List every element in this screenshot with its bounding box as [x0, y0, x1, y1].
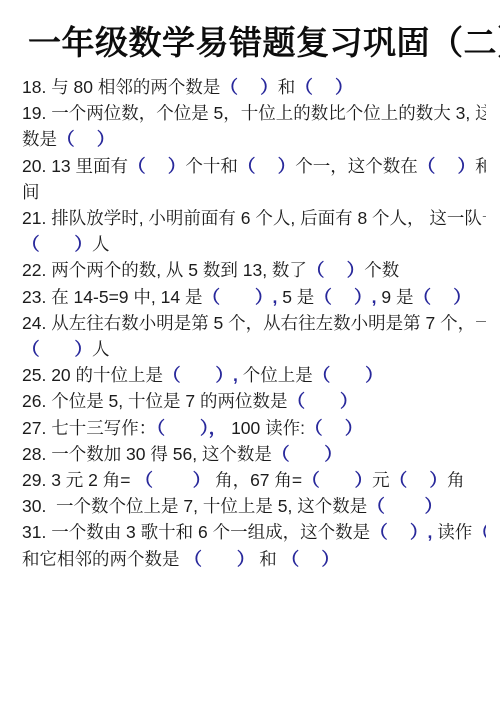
question-text: 25. 20 的十位上是 — [22, 365, 163, 385]
question-text: 29. 3 元 2 角= — [22, 470, 135, 490]
answer-blank: （ ） — [314, 287, 371, 307]
answer-blank: （ ） — [370, 522, 427, 542]
answer-blank: （ ） — [295, 77, 352, 97]
question-text: 个一，这个数在 — [295, 156, 418, 176]
question-31-line-1: 31. 一个数由 3 歌十和 6 个一组成，这个数是（ ）, 读作（ ） — [22, 519, 486, 545]
answer-blank: （ ） — [282, 549, 339, 569]
answer-blank: （ ） — [472, 522, 486, 542]
answer-blank: （ ） — [202, 287, 272, 307]
question-text: 角 — [447, 470, 465, 490]
answer-blank: , — [427, 522, 437, 542]
answer-blank: （ ） — [128, 156, 185, 176]
answer-blank: （ ） — [57, 129, 114, 149]
answer-blank: , — [233, 365, 243, 385]
question-18-line-1: 18. 与 80 相邻的两个数是（ ）和（ ） — [22, 74, 486, 100]
question-text: 读作 — [437, 522, 472, 542]
answer-blank: （ ） — [367, 496, 442, 516]
answer-blank: （ ） — [287, 391, 357, 411]
question-text: 和 — [278, 77, 296, 97]
answer-blank: （ ） — [313, 365, 383, 385]
question-text: 5 是 — [282, 287, 314, 307]
question-text: 23. 在 14-5=9 中, 14 是 — [22, 287, 202, 307]
question-text: 人 — [92, 234, 110, 254]
question-26-line-1: 26. 个位是 5, 十位是 7 的两位数是（ ） — [22, 388, 486, 414]
question-list: 18. 与 80 相邻的两个数是（ ）和（ ）19. 一个两位数，个位是 5，十… — [0, 72, 500, 572]
question-text: 26. 个位是 5, 十位是 7 的两位数是 — [22, 391, 287, 411]
question-text: 个十和 — [185, 156, 238, 176]
question-20-line-1: 20. 13 里面有（ ）个十和（ ）个一，这个数在（ ）和（ ）的中 — [22, 153, 486, 179]
question-19-line-2: 数是（ ） — [22, 126, 486, 152]
answer-blank: （ ） — [414, 287, 471, 307]
question-text: 100 读作: — [226, 418, 305, 438]
question-24-line-2: （ ）人 — [22, 336, 486, 362]
question-text: 和 — [254, 549, 281, 569]
answer-blank: （ ） — [302, 470, 372, 490]
answer-blank: （ ） — [238, 156, 295, 176]
answer-blank: （ ） — [184, 549, 254, 569]
question-text: 24. 从左往右数小明是第 5 个，从右往左数小明是第 7 个，一共有 — [22, 313, 486, 333]
answer-blank: （ ） — [390, 470, 447, 490]
question-25-line-1: 25. 20 的十位上是（ ）, 个位上是（ ） — [22, 362, 486, 388]
question-31-line-2: 和它相邻的两个数是 （ ） 和 （ ） — [22, 546, 486, 572]
answer-blank: （ ） — [135, 470, 210, 490]
question-21-line-2: （ ）人 — [22, 231, 486, 257]
question-text: 数是 — [22, 129, 57, 149]
answer-blank: （ ） — [22, 234, 92, 254]
question-text: 和 — [475, 156, 486, 176]
question-text: 20. 13 里面有 — [22, 156, 128, 176]
question-text: 和它相邻的两个数是 — [22, 549, 184, 569]
answer-blank: （ ） — [307, 260, 364, 280]
question-24-line-1: 24. 从左往右数小明是第 5 个，从右往左数小明是第 7 个，一共有 — [22, 310, 486, 336]
answer-blank: , — [372, 287, 382, 307]
question-text: 19. 一个两位数，个位是 5，十位上的数比个位上的数大 3, 这个两位 — [22, 103, 486, 123]
question-text: 30. 一个数个位上是 7, 十位上是 5, 这个数是 — [22, 496, 367, 516]
question-text: 人 — [92, 339, 110, 359]
question-text: 个位上是 — [243, 365, 313, 385]
answer-blank: , — [272, 287, 282, 307]
worksheet-page: 一年级数学易错题复习巩固（二） 18. 与 80 相邻的两个数是（ ）和（ ）1… — [0, 0, 500, 704]
question-text: 28. 一个数加 30 得 56, 这个数是 — [22, 444, 272, 464]
question-23-line-1: 23. 在 14-5=9 中, 14 是（ ）, 5 是（ ）, 9 是（ ） — [22, 284, 486, 310]
question-text: 21. 排队放学时, 小明前面有 6 个人, 后面有 8 个人， 这一队一共有 — [22, 208, 486, 228]
question-text: 18. 与 80 相邻的两个数是 — [22, 77, 220, 97]
answer-blank: ， — [209, 418, 227, 438]
question-27-line-1: 27. 七十三写作：（ ）， 100 读作:（ ） — [22, 415, 486, 441]
question-text: 角，67 角= — [210, 470, 302, 490]
question-text: 个数 — [364, 260, 399, 280]
question-text: 元 — [372, 470, 390, 490]
answer-blank: （ ） — [418, 156, 475, 176]
question-29-line-1: 29. 3 元 2 角= （ ） 角，67 角=（ ）元（ ）角 — [22, 467, 486, 493]
answer-blank: （ ） — [220, 77, 277, 97]
answer-blank: （ ） — [156, 418, 209, 438]
question-30-line-1: 30. 一个数个位上是 7, 十位上是 5, 这个数是（ ） — [22, 493, 486, 519]
question-text: 31. 一个数由 3 歌十和 6 个一组成，这个数是 — [22, 522, 370, 542]
question-text: 27. 七十三写作： — [22, 418, 156, 438]
question-text: 间 — [22, 182, 40, 202]
answer-blank: （ ） — [305, 418, 362, 438]
worksheet-title: 一年级数学易错题复习巩固（二） — [28, 22, 490, 64]
answer-blank: （ ） — [163, 365, 233, 385]
question-28-line-1: 28. 一个数加 30 得 56, 这个数是（ ） — [22, 441, 486, 467]
answer-blank: （ ） — [22, 339, 92, 359]
question-21-line-1: 21. 排队放学时, 小明前面有 6 个人, 后面有 8 个人， 这一队一共有 — [22, 205, 486, 231]
question-text: 22. 两个两个的数, 从 5 数到 13, 数了 — [22, 260, 307, 280]
question-22-line-1: 22. 两个两个的数, 从 5 数到 13, 数了（ ）个数 — [22, 257, 486, 283]
question-20-line-2: 间 — [22, 179, 486, 205]
answer-blank: （ ） — [272, 444, 342, 464]
question-19-line-1: 19. 一个两位数，个位是 5，十位上的数比个位上的数大 3, 这个两位 — [22, 100, 486, 126]
question-text: 9 是 — [381, 287, 413, 307]
